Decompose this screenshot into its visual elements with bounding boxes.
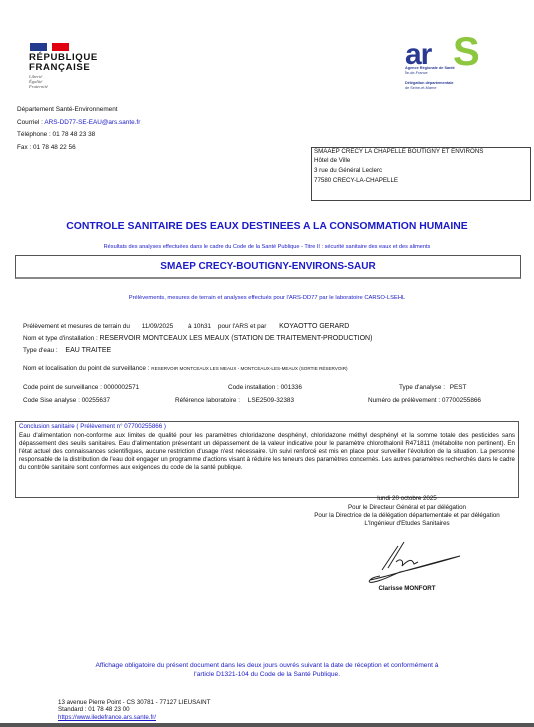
french-flag-icon (30, 43, 70, 52)
laboratory-line: Prélèvements, mesures de terrain et anal… (0, 295, 534, 301)
fax-number: Fax : 01 78 48 22 56 (17, 142, 140, 155)
republique-francaise-logo: RÉPUBLIQUE FRANÇAISE (29, 53, 98, 73)
sender-contacts: Département Santé-Environnement Courriel… (17, 104, 140, 154)
footer-street: 13 avenue Pierre Point - CS 30781 - 7712… (58, 699, 210, 706)
signature-line-3: L'Ingénieur d'Etudes Sanitaires (280, 520, 534, 528)
sise-value: 00255637 (82, 397, 110, 404)
sample-number-value: 07700255866 (442, 397, 481, 404)
sampling-time: à 10h31 (188, 323, 211, 330)
ars-logo-delegation: Délégation départementale de Seine-et-Ma… (405, 81, 454, 90)
ars-logo-s: S (453, 32, 480, 72)
email-label: Courriel : (17, 119, 44, 126)
network-name: SMAEP CRECY-BOUTIGNY-ENVIRONS-SAUR (15, 255, 521, 279)
sise-code: Code Sise analyse : 00255637 (23, 397, 110, 404)
sampling-date: 11/09/2025 (142, 323, 174, 330)
footer-standard: Standard : 01 78 48 23 00 (58, 706, 210, 713)
department-name: Département Santé-Environnement (17, 104, 140, 117)
footer-website-link[interactable]: https://www.iledefrance.ars.sante.fr/ (58, 714, 210, 721)
lab-reference-value: LSE2509-32383 (248, 397, 294, 404)
sampling-label: Prélèvement et mesures de terrain du (23, 323, 130, 330)
document-title: CONTROLE SANITAIRE DES EAUX DESTINEES A … (0, 221, 534, 232)
water-type-label: Type d'eau : (23, 347, 58, 354)
display-notice: Affichage obligatoire du présent documen… (0, 661, 534, 680)
signature-line-1: Pour le Directeur Général et par délégat… (280, 504, 534, 512)
notice-line-2: l'article D1321-104 du Code de la Santé … (0, 670, 534, 679)
sampler-label: pour l'ARS et par (218, 323, 266, 330)
surveillance-point: RESERVOIR MONTCEAUX LES MEAUX - MONTCEAU… (151, 366, 347, 371)
ars-line-3: Délégation départementale (405, 81, 454, 86)
recipient-name: SMAAEP CRECY LA CHAPELLE BOUTIGNY ET ENV… (314, 149, 528, 155)
analysis-type-value: PEST (450, 384, 467, 391)
recipient-line-3: 3 rue du Général Leclerc (314, 167, 528, 174)
page-bottom-edge (0, 723, 534, 727)
rf-title-line-2: FRANÇAISE (29, 63, 98, 73)
lab-reference: Référence laboratoire : LSE2509-32383 (175, 397, 294, 404)
conclusion-text: Eau d'alimentation non-conforme aux limi… (19, 432, 515, 472)
point-code-label: Code point de surveillance : (23, 384, 102, 391)
installation-code-label: Code installation : (228, 384, 279, 391)
footer-address: 13 avenue Pierre Point - CS 30781 - 7712… (58, 699, 210, 721)
installation-label: Nom et type d'installation : (23, 335, 98, 342)
email-line: Courriel : ARS-DD77-SE-EAU@ars.sante.fr (17, 117, 140, 130)
sampler-name: KOYAOTTO GERARD (279, 323, 349, 330)
recipient-line-2: Hôtel de Ville (314, 157, 528, 164)
point-code-value: 0000002571 (104, 384, 140, 391)
signature-date: lundi 20 octobre 2025 (280, 495, 534, 503)
signer-name: Clarisse MONFORT (280, 585, 534, 593)
ars-line-4: de Seine-et-Marne (405, 86, 454, 91)
rf-motto: Liberté Égalité Fraternité (29, 74, 48, 90)
installation-row: Nom et type d'installation : RESERVOIR M… (23, 335, 372, 342)
email-link[interactable]: ARS-DD77-SE-EAU@ars.sante.fr (44, 119, 140, 126)
sise-label: Code Sise analyse : (23, 397, 80, 404)
recipient-address-box: SMAAEP CRECY LA CHAPELLE BOUTIGNY ET ENV… (311, 147, 531, 201)
notice-line-1: Affichage obligatoire du présent documen… (0, 661, 534, 670)
water-type-row: Type d'eau : EAU TRAITEE (23, 347, 111, 354)
water-type: EAU TRAITEE (65, 347, 111, 354)
lab-reference-label: Référence laboratoire : (175, 397, 240, 404)
surveillance-point-label: Nom et localisation du point de surveill… (23, 365, 149, 372)
document-subtitle: Résultats des analyses effectuées dans l… (0, 244, 534, 250)
installation-name: RESERVOIR MONTCEAUX LES MEAUX (STATION D… (100, 335, 373, 342)
handwritten-signature-icon (360, 540, 475, 585)
recipient-line-4: 77580 CRECY-LA-CHAPELLE (314, 177, 528, 184)
ars-logo-subtitle: Agence Régionale de Santé Île-de-France (405, 66, 455, 75)
signature-line-2: Pour la Directrice de la délégation dépa… (280, 512, 534, 520)
ars-line-2: Île-de-France (405, 71, 455, 76)
surveillance-point-row: Nom et localisation du point de surveill… (23, 365, 348, 372)
sanitary-conclusion-box: Conclusion sanitaire ( Prélèvement n° 07… (15, 421, 519, 498)
phone-number: Téléphone : 01 78 48 23 38 (17, 129, 140, 142)
installation-code: Code installation : 001336 (228, 384, 302, 391)
motto-fraternite: Fraternité (29, 84, 48, 89)
point-code: Code point de surveillance : 0000002571 (23, 384, 139, 391)
ars-line-1: Agence Régionale de Santé (405, 66, 455, 71)
conclusion-heading: Conclusion sanitaire ( Prélèvement n° 07… (19, 423, 515, 431)
sample-number: Numéro de prélèvement : 07700255866 (368, 397, 481, 404)
analysis-type-label: Type d'analyse : (399, 384, 445, 391)
installation-code-value: 001336 (281, 384, 302, 391)
sample-number-label: Numéro de prélèvement : (368, 397, 440, 404)
sampling-row: Prélèvement et mesures de terrain du 11/… (23, 323, 349, 330)
analysis-type: Type d'analyse : PEST (399, 384, 466, 391)
signature-block: Pour le Directeur Général et par délégat… (280, 504, 534, 527)
